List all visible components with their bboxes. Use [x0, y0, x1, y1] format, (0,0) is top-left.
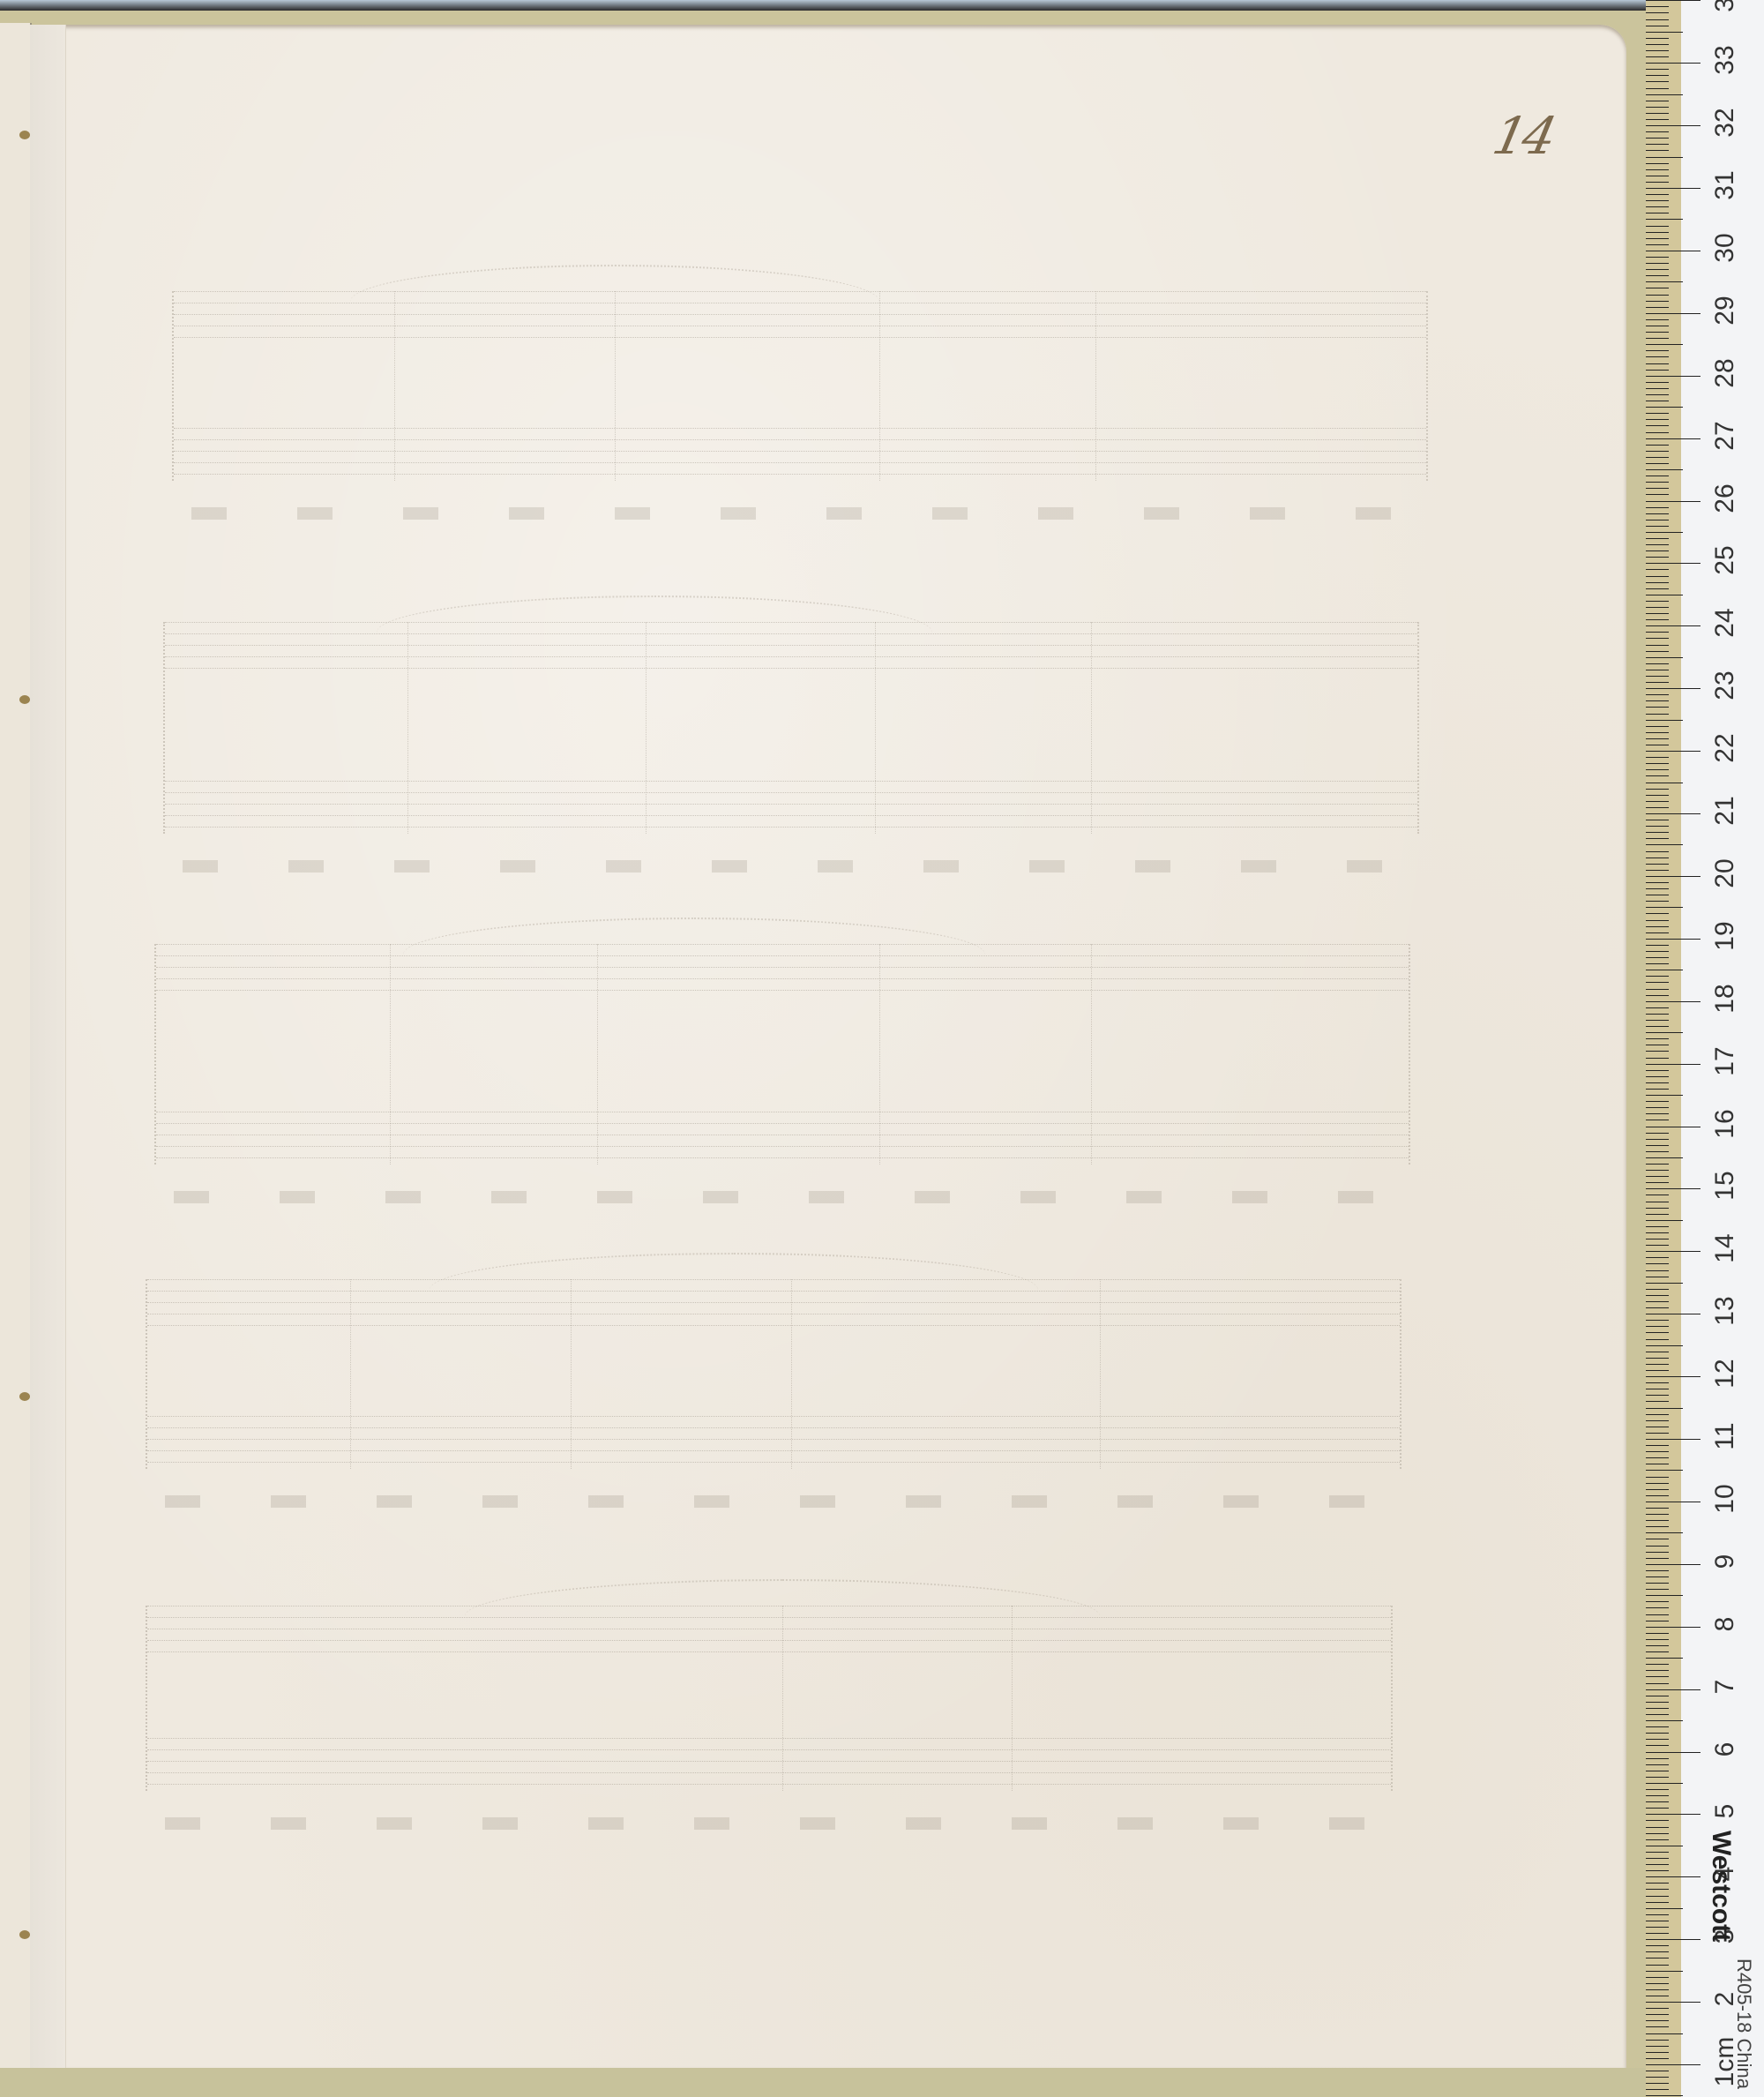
ruler-tick: [1646, 1277, 1669, 1277]
ruler-tick: [1646, 269, 1669, 270]
ruler-tick: [1646, 688, 1700, 689]
ruler-label: 23: [1710, 659, 1740, 712]
ruler-tick: [1646, 56, 1669, 57]
barline: [350, 1279, 351, 1469]
ruler-tick: [1646, 1532, 1683, 1533]
ruler-tick: [1646, 1676, 1669, 1677]
ruler-tick: [1646, 1470, 1683, 1471]
ruler-tick: [1646, 789, 1669, 790]
ruler-tick: [1646, 1539, 1669, 1539]
manuscript-page: 14: [30, 25, 1626, 2068]
ruler-tick: [1646, 451, 1669, 452]
ruler-tick: [1646, 432, 1669, 433]
ruler-tick: [1646, 657, 1683, 658]
ruler-tick: [1646, 1245, 1669, 1246]
ruler-tick: [1646, 700, 1669, 701]
ruler-tick: [1646, 601, 1669, 602]
ruler-tick: [1646, 307, 1669, 308]
ruler-tick: [1646, 219, 1683, 220]
ruler-tick: [1646, 263, 1669, 264]
ruler-tick: [1646, 1689, 1700, 1690]
ruler-tick: [1646, 888, 1669, 889]
ruler-tick: [1646, 1896, 1669, 1897]
ruler-tick: [1646, 1408, 1683, 1409]
ruler-tick: [1646, 1777, 1669, 1778]
ruler-label: 17: [1710, 1035, 1740, 1088]
music-system: [172, 291, 1428, 481]
ruler-tick: [1646, 801, 1669, 802]
ruler-tick: [1646, 1439, 1700, 1440]
ruler-tick: [1646, 769, 1669, 770]
ruler-tick: [1646, 1621, 1669, 1621]
ruler-tick: [1646, 1552, 1669, 1553]
ruler-tick: [1646, 438, 1700, 439]
ruler-tick: [1646, 595, 1683, 595]
ruler-tick: [1646, 932, 1669, 933]
ruler-tick: [1646, 838, 1669, 839]
ruler-tick: [1646, 1965, 1669, 1966]
staff: [156, 1112, 1409, 1154]
ruler-tick: [1646, 1795, 1669, 1796]
ruler-tick: [1646, 1583, 1669, 1584]
ruler-tick: [1646, 288, 1669, 288]
ruler-tick: [1646, 1427, 1669, 1427]
ruler-tick: [1646, 1758, 1669, 1759]
ruler-tick: [1646, 2046, 1669, 2047]
lyric-line: [183, 860, 1400, 873]
ruler-tick: [1646, 995, 1669, 996]
ruler-tick: [1646, 1289, 1669, 1290]
ruler-tick: [1646, 1220, 1683, 1221]
ruler-tick: [1646, 401, 1669, 401]
ruler-tick: [1646, 157, 1683, 158]
ruler-tick: [1646, 1739, 1669, 1740]
lyric-line: [165, 1817, 1373, 1830]
ruler-tick: [1646, 370, 1669, 371]
ruler-label: 21: [1710, 784, 1740, 837]
ruler-tick: [1646, 232, 1669, 233]
slur: [350, 265, 879, 302]
ruler-tick: [1646, 376, 1700, 377]
ruler-tick: [1646, 1989, 1669, 1990]
ruler-tick: [1646, 1007, 1669, 1008]
ruler-tick: [1646, 482, 1669, 483]
ruler-tick: [1646, 694, 1669, 695]
ruler-tick: [1646, 1883, 1669, 1884]
ruler-tick: [1646, 119, 1669, 120]
ruler-tick: [1646, 619, 1669, 620]
ruler-tick: [1646, 1151, 1669, 1152]
ruler-label: 20: [1710, 847, 1740, 900]
ruler-tick: [1646, 125, 1700, 126]
ruler-tick: [1646, 1332, 1669, 1333]
ruler-tick: [1646, 1120, 1669, 1120]
ruler-tick: [1646, 2002, 1700, 2003]
ruler-tick: [1646, 2026, 1669, 2027]
ruler-tick: [1646, 1483, 1669, 1484]
ruler-tick: [1646, 1263, 1669, 1264]
ruler-tick: [1646, 569, 1669, 570]
ruler-tick: [1646, 2020, 1669, 2021]
ruler-label: 34: [1710, 0, 1740, 24]
slur: [465, 1579, 1100, 1616]
ruler-tick: [1646, 1627, 1700, 1628]
ruler-tick: [1646, 1451, 1669, 1452]
ruler-tick: [1646, 2058, 1669, 2059]
binding-stitch: [19, 131, 30, 139]
ruler-tick: [1646, 1846, 1683, 1846]
ruler-tick: [1646, 745, 1669, 745]
ruler-tick: [1646, 488, 1669, 489]
ruler-tick: [1646, 820, 1669, 820]
staff: [174, 428, 1426, 470]
ruler-tick: [1646, 244, 1669, 245]
ruler-label: 18: [1710, 972, 1740, 1025]
ruler-tick: [1646, 457, 1669, 458]
ruler-tick: [1646, 1921, 1669, 1921]
ruler-tick: [1646, 963, 1669, 964]
ruler-tick: [1646, 407, 1683, 408]
ruler-label: 7: [1710, 1660, 1740, 1713]
binding-stitch: [19, 1392, 30, 1401]
ruler-tick: [1646, 1133, 1669, 1134]
ruler-tick: [1646, 1502, 1700, 1502]
staff: [147, 1416, 1400, 1458]
ruler-tick: [1646, 1307, 1669, 1308]
ruler-tick: [1646, 2071, 1669, 2071]
music-system: [146, 1279, 1401, 1469]
ruler-label: 22: [1710, 722, 1740, 775]
ruler-tick: [1646, 844, 1683, 845]
ruler-tick: [1646, 1820, 1669, 1821]
ruler-tick: [1646, 1170, 1669, 1171]
ruler-tick: [1646, 1814, 1700, 1815]
ruler-tick: [1646, 926, 1669, 927]
ruler-tick: [1646, 1089, 1669, 1090]
ruler-tick: [1646, 1658, 1683, 1659]
ruler-tick: [1646, 738, 1669, 739]
barline: [390, 944, 391, 1165]
ruler-tick: [1646, 707, 1669, 708]
ruler-tick: [1646, 1382, 1669, 1383]
ruler-tick: [1646, 1558, 1669, 1559]
ruler-tick: [1646, 1045, 1669, 1045]
ruler-tick: [1646, 188, 1700, 189]
ruler-tick: [1646, 476, 1669, 476]
ruler-tick: [1646, 169, 1669, 170]
barline: [782, 1606, 783, 1791]
ruler-tick: [1646, 1414, 1669, 1415]
ruler-tick: [1646, 920, 1669, 921]
ruler-tick: [1646, 520, 1669, 521]
ruler-tick: [1646, 513, 1669, 514]
page-number: 14: [1488, 106, 1558, 166]
ruler-tick: [1646, 501, 1700, 502]
ruler-tick: [1646, 350, 1669, 351]
ruler-tick: [1646, 1345, 1683, 1346]
ruler-tick: [1646, 1082, 1669, 1083]
barline: [1100, 1279, 1101, 1469]
ruler-tick: [1646, 1445, 1669, 1446]
ruler-tick: [1646, 588, 1669, 589]
ruler-tick: [1646, 550, 1669, 551]
ruler-tick: [1646, 1295, 1669, 1296]
ruler-tick: [1646, 1833, 1669, 1834]
ruler-tick: [1646, 1752, 1700, 1753]
ruler-tick: [1646, 319, 1669, 320]
ruler-tick: [1646, 832, 1669, 833]
ruler-tick: [1646, 576, 1669, 577]
barline: [571, 1279, 572, 1469]
ruler-tick: [1646, 206, 1669, 207]
ruler-tick: [1646, 1064, 1700, 1065]
ruler-tick: [1646, 1852, 1669, 1853]
ruler-tick: [1646, 257, 1669, 258]
ruler-tick: [1646, 538, 1669, 539]
ruler-tick: [1646, 1314, 1700, 1314]
ruler-tick: [1646, 1014, 1669, 1015]
ruler-tick: [1646, 1188, 1700, 1189]
ruler-tick: [1646, 645, 1669, 646]
ruler-tick: [1646, 625, 1700, 626]
ruler-tick: [1646, 895, 1669, 895]
ruler-tick: [1646, 19, 1669, 20]
ruler-tick: [1646, 2040, 1669, 2041]
ruler-tick: [1646, 81, 1669, 82]
barline: [1091, 944, 1092, 1165]
ruler-tick: [1646, 176, 1669, 176]
ruler-label: 12: [1710, 1347, 1740, 1400]
ruler-tick: [1646, 864, 1669, 865]
ruler-label: 6: [1710, 1723, 1740, 1776]
ruler-tick: [1646, 1433, 1669, 1434]
ruler-tick: [1646, 1320, 1669, 1321]
ruler-tick: [1646, 732, 1669, 733]
ruler-tick: [1646, 1745, 1669, 1746]
ruler-label: 32: [1710, 96, 1740, 149]
ruler-tick: [1646, 1464, 1669, 1464]
ruler-tick: [1646, 1733, 1669, 1734]
ruler-tick: [1646, 1032, 1683, 1033]
ruler-tick: [1646, 1870, 1669, 1871]
ruler-tick: [1646, 1370, 1669, 1371]
ruler-tick: [1646, 163, 1669, 164]
ruler-tick: [1646, 2083, 1669, 2084]
ruler-tick: [1646, 1195, 1669, 1195]
ruler-tick: [1646, 1026, 1669, 1027]
ruler-tick: [1646, 1113, 1669, 1114]
ruler-tick: [1646, 1208, 1669, 1209]
ruler-tick: [1646, 1633, 1669, 1634]
ruler-tick: [1646, 182, 1669, 183]
barline: [597, 944, 598, 1165]
slur: [377, 595, 932, 633]
ruler-tick: [1646, 1176, 1669, 1177]
ruler-tick: [1646, 388, 1669, 389]
lyric-line: [191, 507, 1409, 520]
ruler-tick: [1646, 1232, 1669, 1233]
ruler-tick: [1646, 144, 1669, 145]
ruler-tick: [1646, 131, 1669, 132]
ruler-tick: [1646, 107, 1669, 108]
ruler-tick: [1646, 138, 1669, 139]
ruler-model: R405-18 China: [1732, 1958, 1755, 2089]
ruler-tick: [1646, 775, 1669, 776]
ruler-tick: [1646, 1457, 1669, 1458]
ruler-tick: [1646, 613, 1669, 614]
ruler-tick: [1646, 1914, 1669, 1915]
ruler-tick: [1646, 1595, 1683, 1596]
lyric-line: [174, 1191, 1391, 1203]
ruler-tick: [1646, 1839, 1669, 1840]
ruler-tick: [1646, 1339, 1669, 1340]
ruler-tick: [1646, 1182, 1669, 1183]
ruler-tick: [1646, 1164, 1669, 1165]
ruler-tick: [1646, 1301, 1669, 1302]
ruler-tick: [1646, 1127, 1700, 1127]
ruler-tick: [1646, 1157, 1683, 1158]
ruler-tick: [1646, 1664, 1669, 1665]
barline: [394, 291, 395, 481]
ruler-tick: [1646, 663, 1669, 664]
ruler-tick: [1646, 1038, 1669, 1039]
barline: [1095, 291, 1096, 481]
ruler-tick: [1646, 1495, 1669, 1496]
ruler-tick: [1646, 751, 1700, 752]
ruler-tick: [1646, 1614, 1669, 1615]
ruler-tick: [1646, 1977, 1669, 1978]
ruler-tick: [1646, 425, 1669, 426]
ruler-tick: [1646, 1651, 1669, 1652]
ruler-tick: [1646, 44, 1669, 45]
ruler-tick: [1646, 1771, 1669, 1771]
scanner-top-edge: [0, 0, 1658, 11]
ruler-tick: [1646, 607, 1669, 608]
previous-leaf-edge: [0, 23, 32, 2070]
ruler-tick: [1646, 907, 1683, 908]
staff: [147, 1738, 1391, 1780]
ruler-tick: [1646, 1364, 1669, 1365]
ruler-tick: [1646, 1326, 1669, 1327]
ruler-tick: [1646, 1477, 1669, 1478]
ruler-tick: [1646, 1283, 1683, 1284]
ruler-tick: [1646, 582, 1669, 583]
ruler-label: 27: [1710, 409, 1740, 462]
ruler-tick: [1646, 557, 1669, 558]
ruler-label: 30: [1710, 221, 1740, 274]
ruler-tick: [1646, 1670, 1669, 1671]
ruler-label: 11: [1710, 1410, 1740, 1463]
ruler-tick: [1646, 1489, 1669, 1490]
ruler-tick: [1646, 0, 1700, 1]
ruler-tick: [1646, 2064, 1700, 2065]
ruler-tick: [1646, 32, 1683, 33]
ruler-tick: [1646, 394, 1669, 395]
ruler-tick: [1646, 913, 1669, 914]
ruler-tick: [1646, 882, 1669, 883]
ruler-tick: [1646, 757, 1669, 758]
ruler-tick: [1646, 226, 1669, 227]
ruler-tick: [1646, 795, 1669, 796]
binding-gutter: [30, 25, 66, 2068]
ruler-tick: [1646, 1945, 1669, 1946]
ruler-tick: [1646, 1020, 1669, 1021]
ruler-tick: [1646, 1983, 1669, 1984]
ruler-tick: [1646, 638, 1669, 639]
ruler-tick: [1646, 200, 1669, 201]
barline: [407, 622, 408, 834]
barline: [646, 622, 647, 834]
ruler-label: 13: [1710, 1284, 1740, 1337]
ruler-label: 33: [1710, 34, 1740, 86]
barline: [791, 1279, 792, 1469]
ruler-label: 14: [1710, 1222, 1740, 1275]
ruler-tick: [1646, 1358, 1669, 1359]
ruler-tick: [1646, 507, 1669, 508]
ruler-tick: [1646, 1401, 1669, 1402]
ruler-label: 8: [1710, 1598, 1740, 1651]
ruler-tick: [1646, 676, 1669, 677]
ruler-tick: [1646, 469, 1683, 470]
ruler-tick: [1646, 563, 1700, 564]
ruler-tick: [1646, 1726, 1669, 1727]
ruler-tick: [1646, 2008, 1669, 2009]
ruler-tick: [1646, 763, 1669, 764]
ruler-tick: [1646, 419, 1669, 420]
ruler-tick: [1646, 1576, 1669, 1577]
ruler-tick: [1646, 976, 1669, 977]
barline: [879, 944, 880, 1165]
ruler-tick: [1646, 50, 1669, 51]
ruler-tick: [1646, 851, 1669, 852]
ruler-tick: [1646, 1720, 1683, 1721]
ruler-tick: [1646, 463, 1669, 464]
ruler-tick: [1646, 1095, 1683, 1096]
ruler-tick: [1646, 1858, 1669, 1859]
ruler-tick: [1646, 75, 1669, 76]
ruler-label: 29: [1710, 284, 1740, 337]
ruler-tick: [1646, 1996, 1669, 1996]
barline: [1091, 622, 1092, 834]
ruler-tick: [1646, 338, 1669, 339]
barline: [879, 291, 880, 481]
ruler-tick: [1646, 2014, 1669, 2015]
ruler-brand: Westcott: [1706, 1831, 1736, 1942]
ruler-tick: [1646, 275, 1669, 276]
ruler-label: 16: [1710, 1097, 1740, 1150]
ruler-tick: [1646, 2077, 1669, 2078]
ruler-tick: [1646, 939, 1700, 940]
ruler-tick: [1646, 901, 1669, 902]
ruler-tick: [1646, 1607, 1669, 1608]
ruler-tick: [1646, 1070, 1669, 1071]
ruler-tick: [1646, 2095, 1683, 2096]
ruler-tick: [1646, 2033, 1683, 2034]
ruler-label: 19: [1710, 910, 1740, 962]
ruler-tick: [1646, 1145, 1669, 1146]
ruler-tick: [1646, 1076, 1669, 1077]
ruler-label: 25: [1710, 534, 1740, 587]
ruler-tick: [1646, 1570, 1669, 1571]
ruler-tick: [1646, 1420, 1669, 1421]
ruler-tick: [1646, 1933, 1669, 1934]
music-system: [154, 944, 1410, 1165]
ruler-tick: [1646, 1107, 1669, 1108]
ruler-tick: [1646, 1714, 1669, 1715]
ruler-tick: [1646, 682, 1669, 683]
ruler-tick: [1646, 1908, 1683, 1909]
measuring-ruler: 1cm2345678910111213141516171819202122232…: [1646, 0, 1764, 2097]
